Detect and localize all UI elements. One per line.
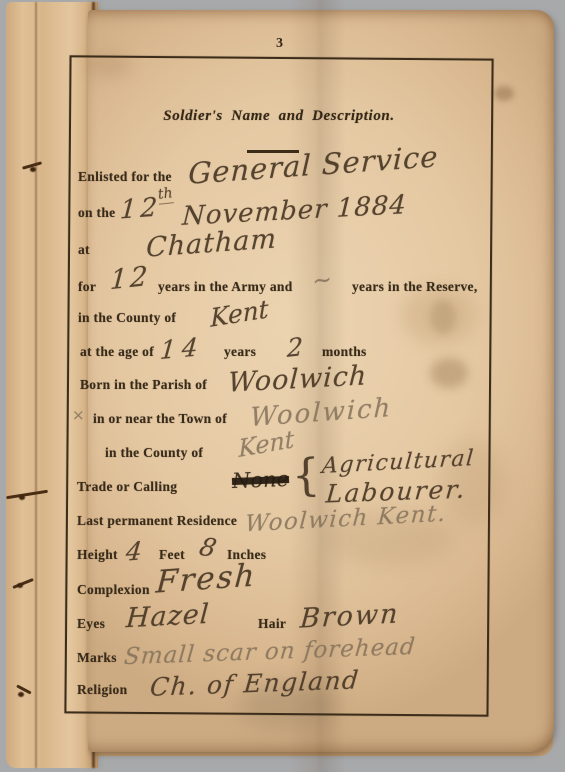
field-label-trade: Trade or Calling bbox=[77, 479, 177, 495]
binding-stitch bbox=[6, 490, 48, 499]
field-value-date-day: 12 bbox=[119, 192, 162, 225]
field-value-age-months: 2 bbox=[287, 332, 304, 363]
field-label-army-years: years in the Army and bbox=[158, 279, 293, 295]
field-label-height: Height bbox=[77, 547, 118, 563]
field-value-trade-struck: None bbox=[232, 467, 290, 493]
field-value-army-years: 12 bbox=[109, 261, 151, 297]
trade-brace: { bbox=[291, 450, 321, 502]
field-label-date: on the bbox=[78, 205, 115, 221]
field-label-marks: Marks bbox=[77, 650, 117, 666]
field-label-town: in or near the Town of bbox=[93, 411, 227, 427]
field-label-enlist-county: in the County of bbox=[78, 310, 176, 326]
field-label-age-years: years bbox=[224, 344, 256, 360]
binding-stitch-knot bbox=[19, 495, 25, 500]
document-title: Soldier's Name and Description. bbox=[67, 108, 491, 125]
field-value-eyes: Hazel bbox=[125, 599, 211, 635]
field-label-birth-county: in the County of bbox=[105, 445, 203, 461]
field-value-height-feet: 4 bbox=[124, 536, 143, 566]
field-label-eyes: Eyes bbox=[77, 616, 105, 632]
field-value-date-suffix: th bbox=[157, 185, 173, 204]
field-label-age-months: months bbox=[322, 344, 367, 360]
field-label-religion: Religion bbox=[77, 682, 127, 698]
binding-crease bbox=[35, 2, 37, 768]
field-value-complexion: Fresh bbox=[155, 557, 258, 600]
field-label-residence: Last permanent Residence bbox=[77, 513, 237, 529]
binding-stitch-knot bbox=[18, 692, 24, 697]
field-label-complexion: Complexion bbox=[77, 582, 150, 598]
field-label-hair: Hair bbox=[258, 616, 286, 632]
field-label-term-for: for bbox=[78, 279, 96, 295]
binding-stitch-knot bbox=[30, 167, 36, 172]
paper-stain bbox=[494, 86, 514, 101]
field-value-hair: Brown bbox=[299, 598, 401, 634]
town-reference-mark: × bbox=[72, 406, 85, 424]
field-label-reserve-years: years in the Reserve, bbox=[352, 279, 478, 295]
field-label-parish: Born in the Parish of bbox=[80, 377, 207, 393]
field-label-place: at bbox=[78, 242, 90, 258]
field-label-enlisted-for: Enlisted for the bbox=[78, 169, 172, 185]
binding-stitch bbox=[12, 578, 33, 589]
page-number: 3 bbox=[276, 36, 283, 52]
field-value-reserve-years: ~ bbox=[310, 265, 334, 296]
photo-background: 3 Soldier's Name and Description. Enlist… bbox=[0, 0, 565, 772]
binding-stitch-knot bbox=[17, 583, 23, 588]
field-value-age-years: 14 bbox=[159, 332, 205, 365]
field-label-age: at the age of bbox=[80, 344, 154, 360]
field-label-height-feet: Feet bbox=[159, 547, 185, 563]
